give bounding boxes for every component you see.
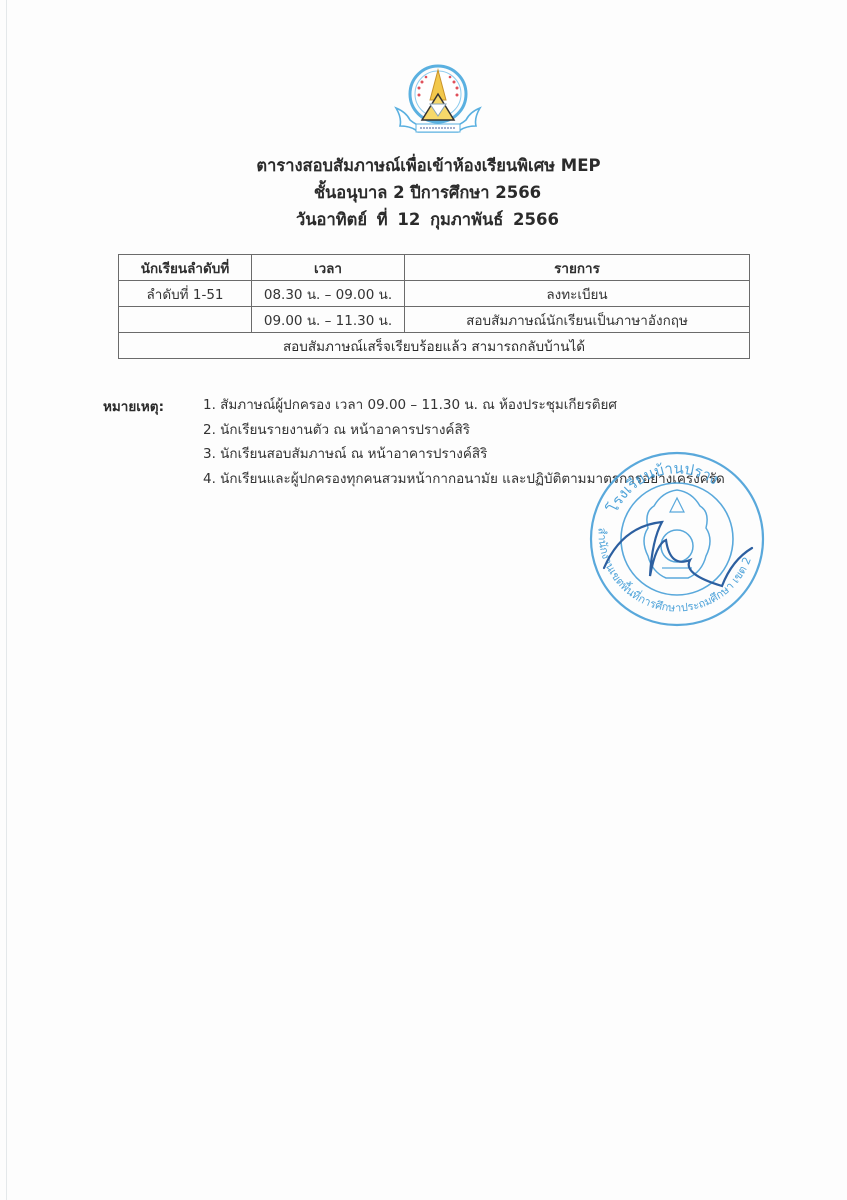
table-row: ลำดับที่ 1-51 08.30 น. – 09.00 น. ลงทะเบ… xyxy=(119,281,750,307)
svg-text:สำนักงานเขตพื้นที่การศึกษาประถ: สำนักงานเขตพื้นที่การศึกษาประถมศึกษา เขต… xyxy=(595,528,753,615)
title-line-date: วันอาทิตย์ ที่ 12 กุมภาพันธ์ 2566 xyxy=(0,206,847,233)
notes-list: 1. สัมภาษณ์ผู้ปกครอง เวลา 09.00 – 11.30 … xyxy=(203,395,725,493)
document-title: ตารางสอบสัมภาษณ์เพื่อเข้าห้องเรียนพิเศษ … xyxy=(0,152,847,233)
notes-label: หมายเหตุ: xyxy=(103,395,164,417)
cell-order: ลำดับที่ 1-51 xyxy=(119,281,252,307)
note-item: 1. สัมภาษณ์ผู้ปกครอง เวลา 09.00 – 11.30 … xyxy=(203,395,725,420)
table-row: 09.00 น. – 11.30 น. สอบสัมภาษณ์นักเรียนเ… xyxy=(119,307,750,333)
stamp-bottom-text: สำนักงานเขตพื้นที่การศึกษาประถมศึกษา เขต… xyxy=(595,528,753,615)
cell-activity: ลงทะเบียน xyxy=(405,281,750,307)
cell-order xyxy=(119,307,252,333)
schedule-table: นักเรียนลำดับที่ เวลา รายการ ลำดับที่ 1-… xyxy=(118,254,750,359)
cell-time: 08.30 น. – 09.00 น. xyxy=(252,281,405,307)
cell-time: 09.00 น. – 11.30 น. xyxy=(252,307,405,333)
school-emblem-icon xyxy=(392,60,484,140)
header-time: เวลา xyxy=(252,255,405,281)
signature-icon xyxy=(604,522,752,586)
note-item: 3. นักเรียนสอบสัมภาษณ์ ณ หน้าอาคารปรางค์… xyxy=(203,444,725,469)
title-line-grade-year: ชั้นอนุบาล 2 ปีการศึกษา 2566 xyxy=(0,179,847,206)
note-item: 4. นักเรียนและผู้ปกครองทุกคนสวมหน้ากากอน… xyxy=(203,469,725,494)
title-line-heading: ตารางสอบสัมภาษณ์เพื่อเข้าห้องเรียนพิเศษ … xyxy=(0,152,847,179)
summary-cell: สอบสัมภาษณ์เสร็จเรียบร้อยแล้ว สามารถกลับ… xyxy=(119,333,750,359)
cell-activity: สอบสัมภาษณ์นักเรียนเป็นภาษาอังกฤษ xyxy=(405,307,750,333)
table-summary-row: สอบสัมภาษณ์เสร็จเรียบร้อยแล้ว สามารถกลับ… xyxy=(119,333,750,359)
header-activity: รายการ xyxy=(405,255,750,281)
table-header-row: นักเรียนลำดับที่ เวลา รายการ xyxy=(119,255,750,281)
header-student-order: นักเรียนลำดับที่ xyxy=(119,255,252,281)
note-item: 2. นักเรียนรายงานตัว ณ หน้าอาคารปรางค์สิ… xyxy=(203,420,725,445)
